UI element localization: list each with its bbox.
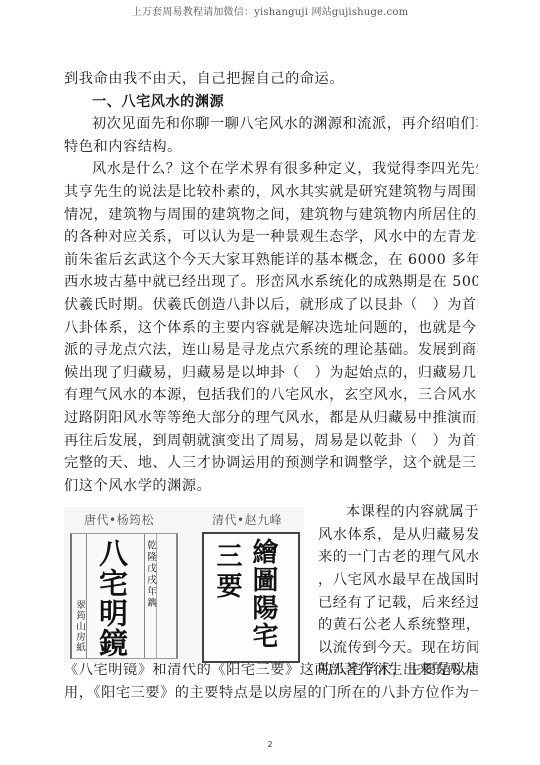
text-line: 派的寻龙点穴法，连山易是寻龙点穴系统的理论基础。发展到商朝的时	[64, 339, 478, 362]
text-line: 过路阴阳风水等等绝大部分的理气风水，都是从归藏易中推演而来的。	[64, 407, 478, 430]
text-line: 情况，建筑物与周围的建筑物之间，建筑物与建筑物内所居住的人之间	[64, 204, 478, 227]
text-line: ，八宅风水最早在战国时期就	[318, 569, 478, 592]
figure-with-side-text: 唐代•杨筠松 八宅明鏡 乾隆戊戌年鐫 翠筠山房紙 清代•赵九峰 繪圖陽宅 三要 …	[64, 501, 478, 659]
text-line: 其亨先生的说法是比较朴素的，风水其实就是研究建筑物与周围的山水	[64, 181, 478, 204]
text-line: 来的一门古老的理气风水理论	[318, 546, 478, 569]
text-line: 的黄石公老人系统整理，才得	[318, 614, 478, 637]
right-book-title-sub: 三要	[212, 542, 242, 602]
text-line: 风水是什么？这个在学术界有很多种定义，我觉得李四光先生和王	[64, 158, 478, 181]
text-line: 的各种对应关系，可以认为是一种景观生态学，风水中的左青龙右白虎，	[64, 226, 478, 249]
text-line: 已经有了记载，后来经过汉初	[318, 592, 478, 615]
text-line: 以流传到今天。现在坊间流行	[318, 637, 478, 660]
text-line: 伏羲氏时期。伏羲氏创造八卦以后，就形成了以艮卦（ ）为首的连山	[64, 294, 478, 317]
text-line: 用，《阳宅三要》的主要特点是以房屋的门所在的八卦方位作为一个基	[64, 682, 478, 705]
text-line: 候出现了归藏易，归藏易是以坤卦（ ）为起始点的，归藏易几乎是所	[64, 362, 478, 385]
body-paragraphs-top: 到我命由我不由天，自己把握自己的命运。一、八宅风水的渊源初次见面先和你聊一聊八宅…	[64, 68, 478, 497]
left-book-cover-bazhai-mingjing: 八宅明鏡 乾隆戊戌年鐫 翠筠山房紙	[70, 533, 178, 659]
left-book-side-left: 翠筠山房紙	[74, 600, 84, 653]
side-paragraph: 本课程的内容就属于八宅风水体系，是从归藏易发展出来的一门古老的理气风水理论，八宅…	[318, 501, 478, 682]
right-book-caption: 清代•赵九峰	[212, 511, 282, 528]
text-line: 到我命由我不由天，自己把握自己的命运。	[64, 68, 478, 91]
left-book-title: 八宅明鏡	[90, 538, 134, 658]
text-line: 初次见面先和你聊一聊八宅风水的渊源和流派，再介绍咱们本课程	[64, 113, 478, 136]
header-watermark-note: 上万套周易教程请加微信：yishanguji 网站gujishuge.com	[0, 3, 540, 18]
page-number: 2	[0, 740, 540, 749]
text-line: 有理气风水的本源，包括我们的八宅风水，玄空风水，三合风水，以及	[64, 384, 478, 407]
text-line: 西水坡古墓中就已经出现了。形峦风水系统化的成熟期是在 5000 年前的	[64, 271, 478, 294]
text-line: 完整的天、地、人三才协调运用的预测学和调整学，这个就是三易和咱	[64, 452, 478, 475]
right-book-title-main: 繪圖陽宅	[248, 538, 278, 650]
document-page-body: 到我命由我不由天，自己把握自己的命运。一、八宅风水的渊源初次见面先和你聊一聊八宅…	[64, 68, 478, 704]
book-covers-figure: 唐代•杨筠松 八宅明鏡 乾隆戊戌年鐫 翠筠山房紙 清代•赵九峰 繪圖陽宅 三要	[64, 507, 304, 663]
text-line: 前朱雀后玄武这个今天大家耳熟能详的基本概念，在 6000 多年前的濮阳	[64, 249, 478, 272]
text-line: 八卦体系，这个体系的主要内容就是解决选址问题的，也就是今天峦头	[64, 317, 478, 340]
text-line: 风水体系，是从归藏易发展出	[318, 524, 478, 547]
text-line: 再往后发展，到周朝就演变出了周易，周易是以乾卦（ ）为首形成了	[64, 430, 478, 453]
text-line: 本课程的内容就属于八宅	[318, 501, 478, 524]
right-book-cover-yangzhai-sanyao: 繪圖陽宅 三要	[202, 532, 300, 663]
text-line: 的八宅学术，主要是以唐代的	[318, 659, 478, 682]
text-line: 特色和内容结构。	[64, 136, 478, 159]
section-heading: 一、八宅风水的渊源	[64, 91, 478, 114]
left-book-caption: 唐代•杨筠松	[84, 511, 154, 528]
left-book-side-right: 乾隆戊戌年鐫	[145, 540, 155, 609]
text-line: 们这个风水学的渊源。	[64, 475, 478, 498]
